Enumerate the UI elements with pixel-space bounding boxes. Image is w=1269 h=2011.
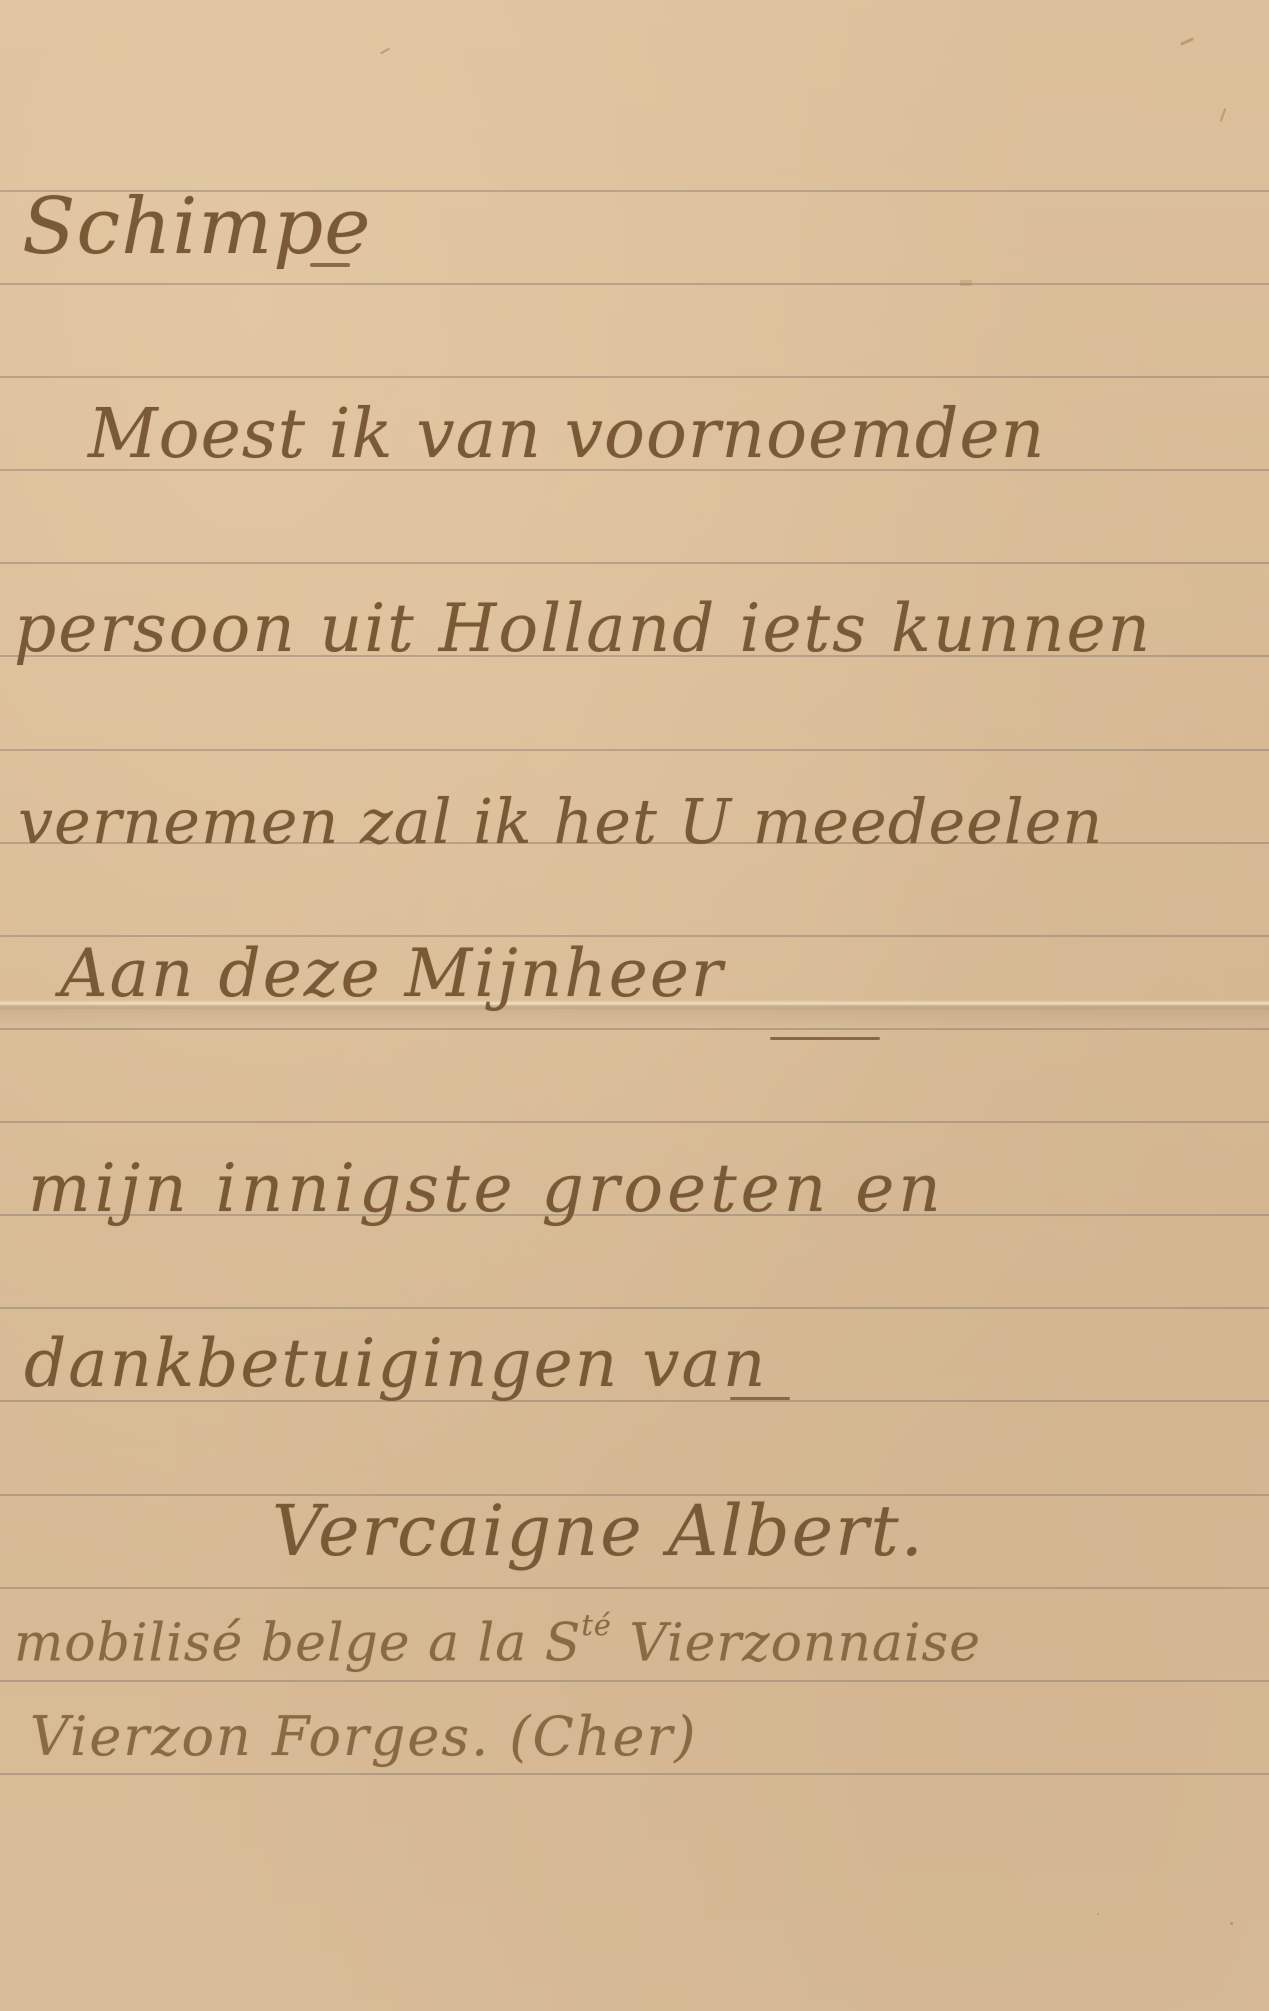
salutation-flourish — [310, 263, 350, 267]
paper-speck — [1230, 1922, 1233, 1925]
body-line-2: persoon uit Holland iets kunnen — [14, 590, 1152, 667]
ruled-line — [0, 1773, 1269, 1775]
signature: Vercaigne Albert. — [272, 1490, 925, 1572]
ruled-line — [0, 1121, 1269, 1123]
dankbetuigingen-flourish — [730, 1397, 790, 1400]
address-line-1-suffix: Vierzonnaise — [612, 1614, 981, 1674]
mijnheer-flourish — [770, 1037, 880, 1040]
salutation: Schimpe — [22, 182, 371, 272]
body-line-1: Moest ik van voornoemden — [88, 395, 1045, 474]
ruled-line — [0, 749, 1269, 751]
ruled-line — [0, 283, 1269, 285]
paper-speck — [1180, 37, 1194, 46]
ruled-line — [0, 376, 1269, 378]
paper-speck — [1220, 108, 1227, 122]
address-line-1-prefix: mobilisé belge a la S — [14, 1614, 581, 1674]
letter-page: Schimpe Moest ik van voornoemden persoon… — [0, 0, 1269, 2011]
address-line-2: Vierzon Forges. (Cher) — [30, 1705, 697, 1768]
ruled-line — [0, 1587, 1269, 1589]
paper-speck — [960, 280, 972, 286]
ruled-line — [0, 562, 1269, 564]
body-line-5: mijn innigste groeten en — [28, 1150, 945, 1227]
address-line-1: mobilisé belge a la Sté Vierzonnaise — [14, 1608, 981, 1674]
address-superscript: té — [581, 1608, 611, 1642]
body-line-6: dankbetuigingen van — [24, 1325, 767, 1402]
ruled-line — [0, 1307, 1269, 1309]
paper-speck — [1097, 1913, 1099, 1915]
paper-speck — [380, 48, 390, 55]
body-line-4: Aan deze Mijnheer — [60, 935, 724, 1012]
ruled-line — [0, 1680, 1269, 1682]
body-line-3: vernemen zal ik het U meedeelen — [18, 785, 1103, 858]
